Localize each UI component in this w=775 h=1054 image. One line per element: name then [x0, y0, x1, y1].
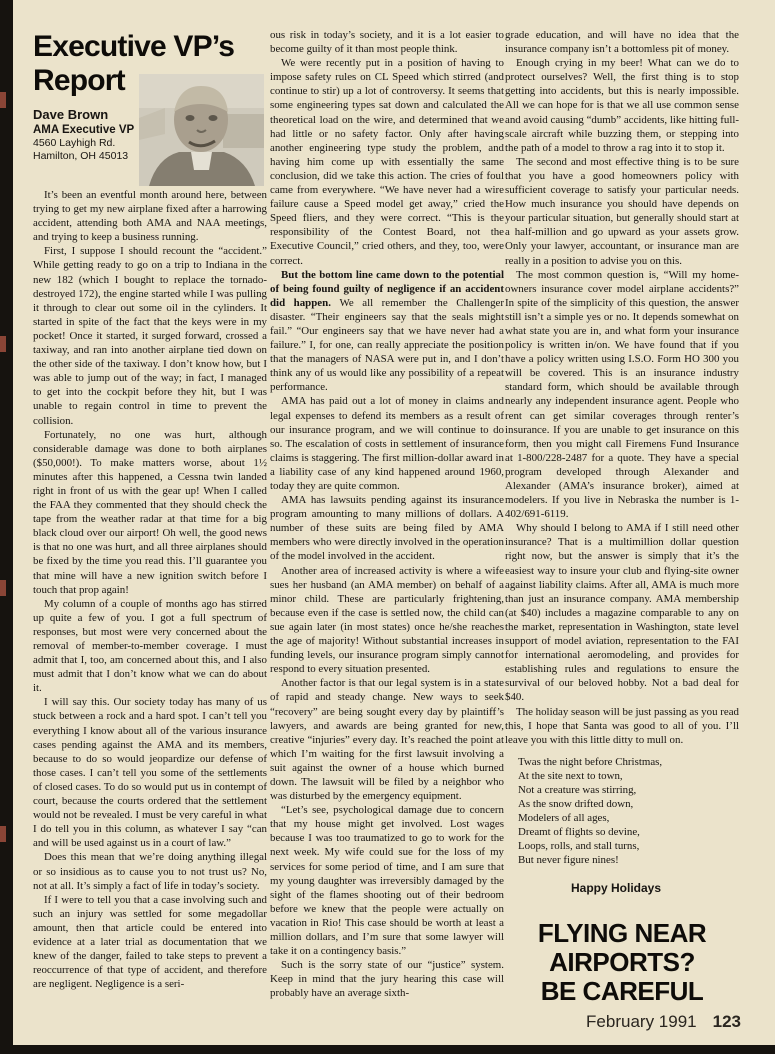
footer-date: February 1991: [586, 1012, 697, 1031]
article-paragraph: First, I suppose I should recount the “a…: [33, 244, 267, 427]
left-print-bar: [0, 0, 13, 1048]
registration-mark: [0, 92, 6, 108]
article-paragraph: Enough crying in my beer! What can we do…: [505, 56, 739, 155]
poem-line: Dreamt of flights so devine,: [518, 825, 739, 839]
article-paragraph: Fortunately, no one was hurt, although c…: [33, 428, 267, 597]
poem-line: Twas the night before Christmas,: [518, 755, 739, 769]
callout-line1: FLYING NEAR: [505, 919, 739, 948]
article-paragraph: AMA has paid out a lot of money in claim…: [270, 394, 504, 493]
article-paragraph: “Let’s see, psychological damage due to …: [270, 803, 504, 958]
signoff-text: Happy Holidays: [571, 881, 739, 895]
article-paragraph: I will say this. Our society today has m…: [33, 695, 267, 850]
registration-mark: [0, 580, 6, 596]
article-paragraph: Such is the sorry state of our “justice”…: [270, 958, 504, 1000]
poem-line: But never figure nines!: [518, 853, 739, 867]
article-column-text: It’s been an eventful month around here,…: [33, 188, 267, 991]
column-3: grade education, and will have no idea t…: [505, 28, 739, 1006]
callout-line3: BE CAREFUL: [505, 977, 739, 1006]
article-masthead: Executive VP’s Report Dave Brown AMA Exe…: [33, 28, 267, 188]
article-paragraph: Why should I belong to AMA if I still ne…: [505, 521, 739, 704]
callout-line2: AIRPORTS?: [505, 948, 739, 977]
callout-headline: FLYING NEAR AIRPORTS? BE CAREFUL: [505, 919, 739, 1006]
poem-line: Not a creature was stirring,: [518, 783, 739, 797]
article-paragraph: We were recently put in a position of ha…: [270, 56, 504, 267]
article-paragraph: My column of a couple of months ago has …: [33, 597, 267, 696]
poem-line: At the site next to town,: [518, 769, 739, 783]
dave-brown-photo: [139, 74, 264, 186]
article-paragraph: grade education, and will have no idea t…: [505, 28, 739, 56]
article-paragraph: ous risk in today’s society, and it is a…: [270, 28, 504, 56]
article-paragraph: The second and most effective thing is t…: [505, 155, 739, 268]
article-paragraph: It’s been an eventful month around here,…: [33, 188, 267, 244]
poem-line: Modelers of all ages,: [518, 811, 739, 825]
article-paragraph: The holiday season will be just passing …: [505, 705, 739, 747]
column-1: Executive VP’s Report Dave Brown AMA Exe…: [33, 28, 267, 1020]
page-title-line1: Executive VP’s: [33, 30, 267, 64]
article-paragraph: Another factor is that our legal system …: [270, 676, 504, 803]
poem-line: As the snow drifted down,: [518, 797, 739, 811]
poem-line: Loops, rolls, and stall turns,: [518, 839, 739, 853]
article-paragraph: But the bottom line came down to the pot…: [270, 268, 504, 395]
registration-mark: [0, 826, 6, 842]
article-column-text: grade education, and will have no idea t…: [505, 28, 739, 747]
magazine-page: Executive VP’s Report Dave Brown AMA Exe…: [0, 0, 775, 1054]
article-paragraph: AMA has lawsuits pending against its ins…: [270, 493, 504, 563]
holiday-poem: Twas the night before Christmas,At the s…: [518, 755, 739, 868]
article-paragraph: If I were to tell you that a case involv…: [33, 893, 267, 992]
bottom-print-bar: [0, 1045, 775, 1054]
registration-mark: [0, 336, 6, 352]
article-paragraph: The most common question is, “Will my ho…: [505, 268, 739, 522]
footer-page-number: 123: [713, 1012, 741, 1031]
article-paragraph: Another area of increased activity is wh…: [270, 564, 504, 677]
column-2: ous risk in today’s society, and it is a…: [270, 28, 504, 1020]
page-footer: February 1991123: [586, 1012, 741, 1032]
article-paragraph: Does this mean that we’re doing anything…: [33, 850, 267, 892]
